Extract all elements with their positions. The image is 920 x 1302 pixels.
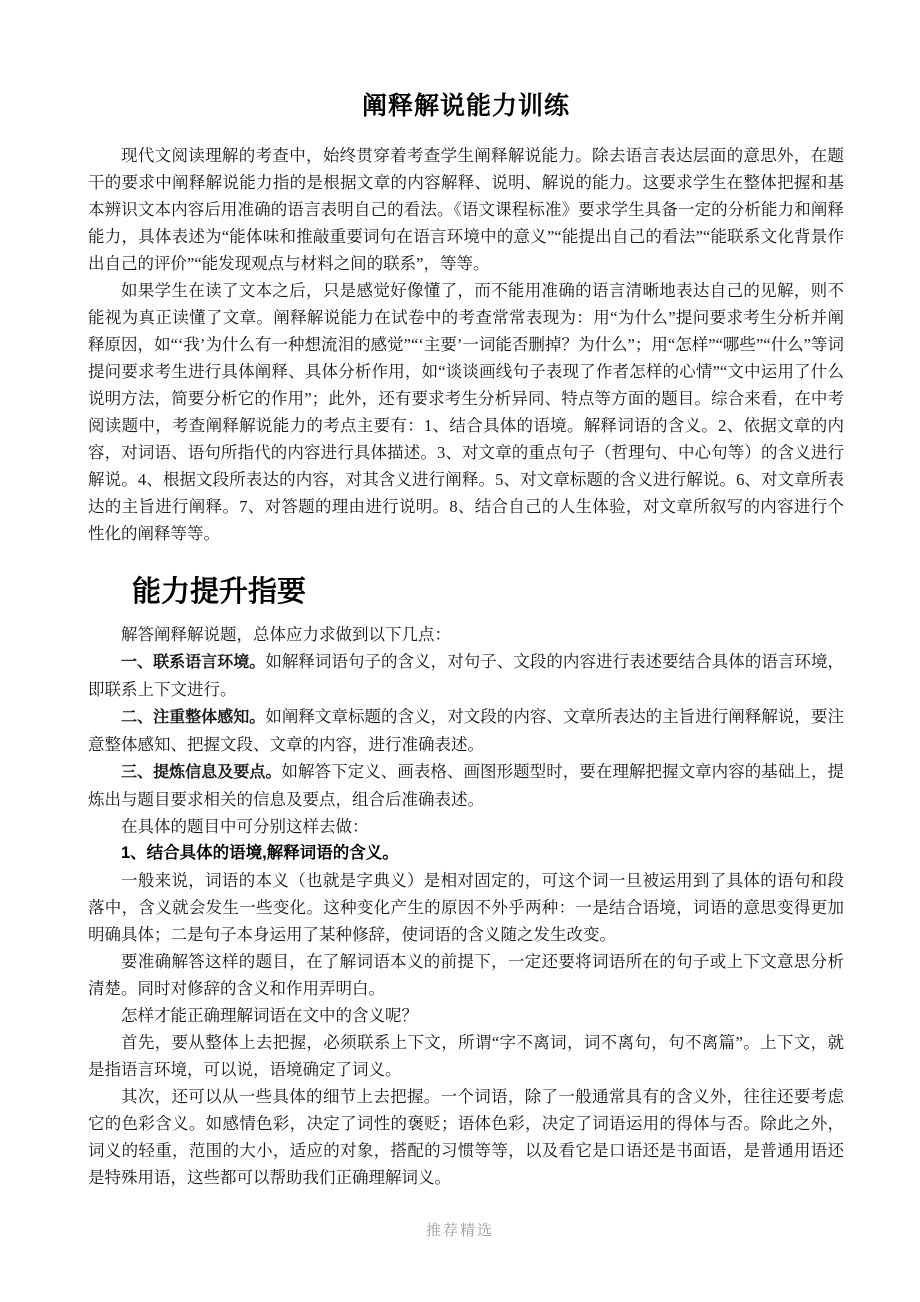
subsection-1-paragraph-1: 一般来说，词语的本义（也就是字典义）是相对固定的，可这个词一旦被运用到了具体的语… xyxy=(88,867,844,948)
point-2-lead: 二、注重整体感知。 xyxy=(121,709,265,726)
subsection-1-paragraph-3: 怎样才能正确理解词语在文中的含义呢？ xyxy=(88,1002,844,1029)
subsection-1-paragraph-2: 要准确解答这样的题目，在了解词语本义的前提下，一定还要将词语所在的句子或上下文意… xyxy=(88,948,844,1002)
document-content: 阐释解说能力训练 现代文阅读理解的考查中，始终贯穿着考查学生阐释解说能力。除去语… xyxy=(0,0,920,1191)
subsection-1-paragraph-4: 首先，要从整体上去把握，必须联系上下文，所谓“字不离词，词不离句，句不离篇”。上… xyxy=(88,1029,844,1083)
page-footer-watermark: 推荐精选 xyxy=(0,1219,920,1240)
intro-paragraph-1: 现代文阅读理解的考查中，始终贯穿着考查学生阐释解说能力。除去语言表达层面的意思外… xyxy=(88,142,844,277)
page-title: 阐释解说能力训练 xyxy=(88,88,844,124)
point-1-paragraph: 一、联系语言环境。如解释词语句子的含义，对句子、文段的内容进行表述要结合具体的语… xyxy=(88,648,844,703)
transition-paragraph: 在具体的题目中可分别这样去做： xyxy=(88,813,844,840)
overview-paragraph: 解答阐释解说题，总体应力求做到以下几点： xyxy=(88,621,844,648)
section-heading-ability-guide: 能力提升指要 xyxy=(88,573,844,611)
point-3-paragraph: 三、提炼信息及要点。如解答下定义、画表格、画图形题型时，要在理解把握文章内容的基… xyxy=(88,758,844,813)
point-2-paragraph: 二、注重整体感知。如阐释文章标题的含义，对文段的内容、文章所表达的主旨进行阐释解… xyxy=(88,703,844,758)
point-3-lead: 三、提炼信息及要点。 xyxy=(121,764,281,781)
subsection-1-paragraph-5: 其次，还可以从一些具体的细节上去把握。一个词语，除了一般通常具有的含义外，往往还… xyxy=(88,1083,844,1191)
subsection-1-heading: 1、结合具体的语境,解释词语的含义。 xyxy=(88,840,844,867)
intro-paragraph-2: 如果学生在读了文本之后，只是感觉好像懂了，而不能用准确的语言清晰地表达自己的见解… xyxy=(88,277,844,547)
document-page: 阐释解说能力训练 现代文阅读理解的考查中，始终贯穿着考查学生阐释解说能力。除去语… xyxy=(0,0,920,1302)
point-1-lead: 一、联系语言环境。 xyxy=(121,654,265,671)
